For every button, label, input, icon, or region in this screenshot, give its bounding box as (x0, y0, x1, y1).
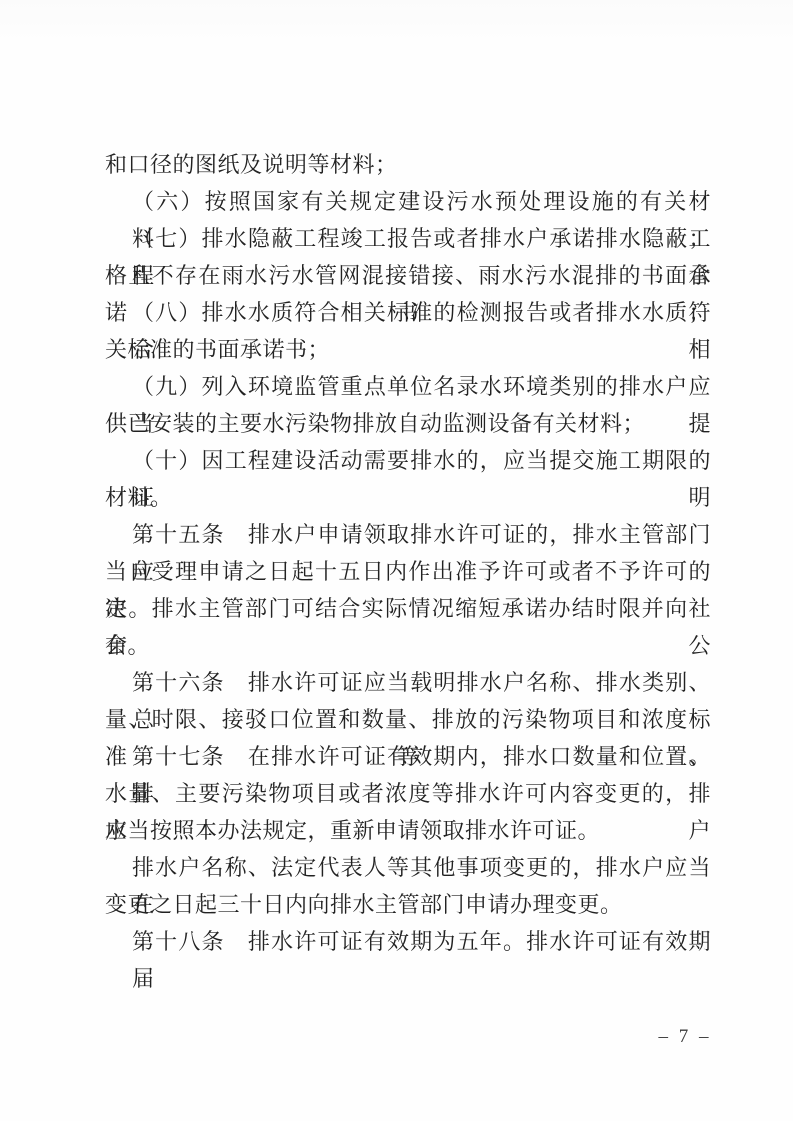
doc-line-article-15-b: 当自受理申请之日起十五日内作出准予许可或者不予许可的决 (105, 553, 711, 590)
doc-line-article-17-d: 排水户名称、法定代表人等其他事项变更的，排水户应当在 (105, 849, 711, 886)
doc-line-article-16-a: 第十六条 排水许可证应当载明排水户名称、排水类别、总 (105, 664, 711, 701)
doc-line-article-15-c: 定。排水主管部门可结合实际情况缩短承诺办结时限并向社会公 (105, 590, 711, 627)
doc-line-item-7-b: 格且不存在雨水污水管网混接错接、雨水污水混排的书面承诺书； (105, 257, 711, 294)
doc-line-item-7-a: （七）排水隐蔽工程竣工报告或者排水户承诺排水隐蔽工程合 (105, 220, 711, 257)
doc-line-item-9-b: 供已安装的主要水污染物排放自动监测设备有关材料； (105, 405, 711, 442)
doc-line-item-6: （六）按照国家有关规定建设污水预处理设施的有关材料； (105, 183, 711, 220)
doc-line-item-8-a: （八）排水水质符合相关标准的检测报告或者排水水质符合相 (105, 294, 711, 331)
doc-line-item-10-a: （十）因工程建设活动需要排水的，应当提交施工期限的证明 (105, 442, 711, 479)
scanned-document-page: 和口径的图纸及说明等材料； （六）按照国家有关规定建设污水预处理设施的有关材料；… (0, 0, 793, 1121)
doc-line-article-17-e: 变更之日起三十日内向排水主管部门申请办理变更。 (105, 886, 711, 923)
doc-line-article-15-a: 第十五条 排水户申请领取排水许可证的，排水主管部门应 (105, 516, 711, 553)
doc-line-article-17-b: 水量、主要污染物项目或者浓度等排水许可内容变更的，排水户 (105, 775, 711, 812)
document-body-text: 和口径的图纸及说明等材料； （六）按照国家有关规定建设污水预处理设施的有关材料；… (105, 146, 711, 960)
doc-line-article-18-a: 第十八条 排水许可证有效期为五年。排水许可证有效期届 (105, 923, 711, 960)
page-number: – 7 – (630, 1026, 740, 1048)
doc-line-item-9-a: （九）列入环境监管重点单位名录水环境类别的排水户应当提 (105, 368, 711, 405)
doc-line-article-16-b: 量、时限、接驳口位置和数量、排放的污染物项目和浓度标准等。 (105, 701, 711, 738)
doc-line-continuation: 和口径的图纸及说明等材料； (105, 146, 711, 183)
doc-line-article-17-a: 第十七条 在排水许可证有效期内，排水口数量和位置、排 (105, 738, 711, 775)
